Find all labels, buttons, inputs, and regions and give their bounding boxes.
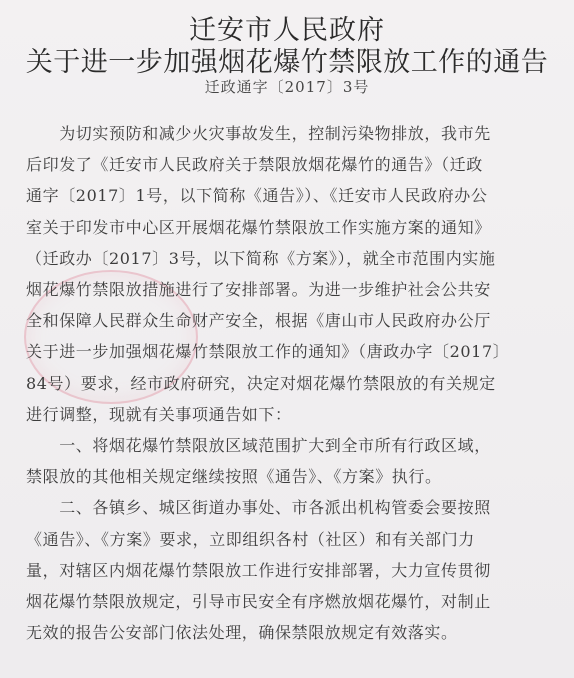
- notice-title: 关于进一步加强烟花爆竹禁限放工作的通告: [0, 40, 574, 79]
- body-line: 通字〔2017〕1号，以下简称《通告》）、《迁安市人民政府办公: [26, 180, 506, 211]
- document-page: 迁安市人民政府 关于进一步加强烟花爆竹禁限放工作的通告 迁政通字〔2017〕3号…: [0, 0, 574, 678]
- body-line: 一、将烟花爆竹禁限放区域范围扩大到全市所有行政区域，: [26, 430, 506, 461]
- body-line: 无效的报告公安部门依法处理，确保禁限放规定有效落实。: [26, 617, 506, 648]
- body-line: 烟花爆竹禁限放规定，引导市民安全有序燃放烟花爆竹，对制止: [26, 586, 506, 617]
- body-line: 为切实预防和减少火灾事故发生，控制污染物排放，我市先: [26, 118, 506, 149]
- body-line: 关于进一步加强烟花爆竹禁限放工作的通知》（唐政办字〔2017〕: [26, 336, 506, 367]
- notice-body: 为切实预防和减少火灾事故发生，控制污染物排放，我市先 后印发了《迁安市人民政府关…: [26, 118, 506, 648]
- body-line: 全和保障人民群众生命财产安全，根据《唐山市人民政府办公厅: [26, 305, 506, 336]
- body-line: 烟花爆竹禁限放措施进行了安排部署。为进一步维护社会公共安: [26, 274, 506, 305]
- body-line: 后印发了《迁安市人民政府关于禁限放烟花爆竹的通告》（迁政: [26, 149, 506, 180]
- body-line: 《通告》、《方案》要求，立即组织各村（社区）和有关部门力: [26, 524, 506, 555]
- body-line: 二、各镇乡、城区街道办事处、市各派出机构管委会要按照: [26, 492, 506, 523]
- body-line: （迁政办〔2017〕3号，以下简称《方案》），就全市范围内实施: [26, 243, 506, 274]
- body-line: 进行调整，现就有关事项通告如下：: [26, 399, 506, 430]
- body-line: 量，对辖区内烟花爆竹禁限放工作进行安排部署，大力宣传贯彻: [26, 555, 506, 586]
- body-line: 室关于印发市中心区开展烟花爆竹禁限放工作实施方案的通知》: [26, 212, 506, 243]
- body-line: 禁限放的其他相关规定继续按照《通告》、《方案》执行。: [26, 461, 506, 492]
- body-line: 84号）要求，经市政府研究，决定对烟花爆竹禁限放的有关规定: [26, 368, 506, 399]
- document-number: 迁政通字〔2017〕3号: [0, 76, 574, 97]
